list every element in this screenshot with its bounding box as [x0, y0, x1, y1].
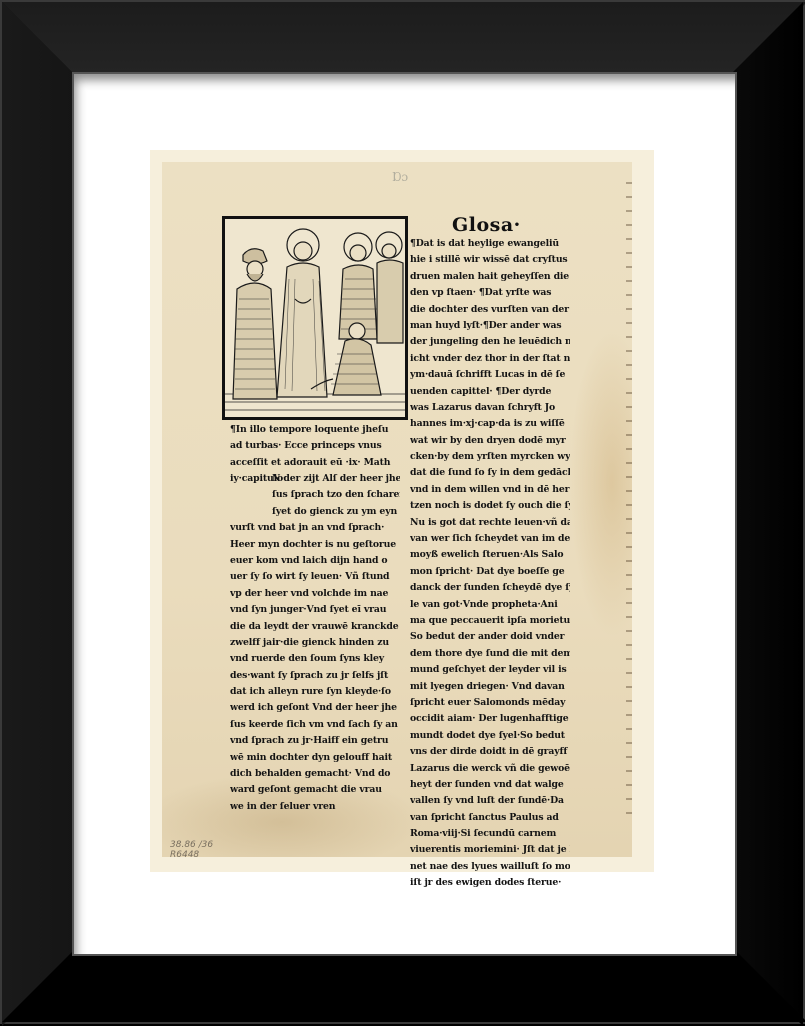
text-line: vurſt vnd bat jn an vnd ſprach·	[230, 520, 400, 536]
text-line: uer ſy ſo wirt ſy leuen· Vñ ſtund	[230, 569, 400, 585]
text-line: ſpricht euer Salomonds mēday	[410, 695, 570, 711]
text-line: mit lyegen driegen· Vnd davan	[410, 679, 570, 695]
frame-top-rail	[2, 2, 805, 74]
text-line: dich behalden gemacht· Vnd do	[230, 766, 400, 782]
text-line: heyt der ſunden vnd dat walge	[410, 777, 570, 793]
text-line: dat ich alleyn rure ſyn kleyde·ſo	[230, 684, 400, 700]
text-line: man huyd lyſt·¶Der ander was	[410, 318, 570, 334]
text-line: ſyet do gienck zu ym eyn	[230, 504, 400, 520]
text-line: viuerentis moriemini· Jſt dat je le	[410, 842, 570, 858]
woodcut-figures-icon	[225, 219, 405, 417]
text-line: mund geſchyet der leyder vil is	[410, 662, 570, 678]
text-line: N der zijt Alſ der heer jhe	[230, 471, 400, 487]
text-line: Roma·viij·Si ſecundū carnem	[410, 826, 570, 842]
glosa-column: ¶Dat is dat heylige ewangeliūhie i still…	[410, 236, 570, 892]
text-line: wat wir by den dryen dodē myr	[410, 433, 570, 449]
text-line: vnd ſyn junger·Vnd ſyet eī vrau	[230, 602, 400, 618]
text-line: icht vnder dez thor in der ſtat na	[410, 351, 570, 367]
text-line: hannes im·xj·cap·da is zu wiſſē	[410, 416, 570, 432]
text-line: ad turbas· Ecce princeps vnus	[230, 438, 400, 454]
text-line: den vp ſtaen· ¶Dat yrſte was	[410, 285, 570, 301]
text-line: vp der heer vnd volchde im nae	[230, 586, 400, 602]
text-line: cken·by dem yrſten myrcken wyr	[410, 449, 570, 465]
text-line: die da leydt der vrauwē kranckde	[230, 619, 400, 635]
catalog-line-1: 38.86 /36	[170, 840, 213, 850]
text-line: dem thore dye ſund die mit dem	[410, 646, 570, 662]
text-line: mon ſpricht· Dat dye boeſſe ge	[410, 564, 570, 580]
text-line: ſus ſprach tzo den ſcharen	[230, 487, 400, 503]
text-line: hie i stillē wir wissē dat cryſtus zu	[410, 252, 570, 268]
text-line: vnd ruerde den ſoum ſyns kley	[230, 651, 400, 667]
text-line: was Lazarus davan ſchryft Jo	[410, 400, 570, 416]
text-line: des·want ſy ſprach zu jr ſelfs jſt	[230, 668, 400, 684]
frame-left-rail	[2, 2, 74, 1024]
text-line: wē min dochter dyn gelouff hait	[230, 750, 400, 766]
text-line: Nu is got dat rechte leuen·vñ da	[410, 515, 570, 531]
catalog-line-2: R6448	[170, 850, 213, 860]
text-line: vallen ſy vnd luſt der ſundē·Da	[410, 793, 570, 809]
text-line: So bedut der ander doid vnder	[410, 629, 570, 645]
text-line: druen malen hait geheyſſen die do	[410, 269, 570, 285]
text-line: tzen noch is dodet ſy ouch die ſyel	[410, 498, 570, 514]
text-line: Heer myn dochter is nu geſtorue	[230, 537, 400, 553]
text-line: vnd in dem willen vnd in dē her	[410, 482, 570, 498]
text-line: moyß ewelich ſteruen·Als Salo	[410, 547, 570, 563]
text-line: die dochter des vurſten van der	[410, 302, 570, 318]
glosa-heading: Glosa·	[452, 214, 521, 236]
frame-right-rail	[731, 2, 803, 1024]
text-line: ma que peccauerit ipſa morietur·	[410, 613, 570, 629]
text-line: acceſſit et adorauit eū ·ix· Math	[230, 455, 400, 471]
faded-ink-mark: Ɒɔ	[392, 170, 408, 184]
text-line: danck der ſunden ſcheydē dye ſye	[410, 580, 570, 596]
text-line: vnd ſprach zu jr·Haiff ein getru	[230, 733, 400, 749]
foxing-edge	[626, 182, 632, 822]
woodcut-illustration	[222, 216, 408, 420]
text-line: werd ich geſont Vnd der heer jhe	[230, 700, 400, 716]
text-line: ¶In illo tempore loquente jheſu	[230, 422, 400, 438]
text-line: net nae des lyues wailluſt ſo mo	[410, 859, 570, 875]
frame-bottom-rail	[2, 950, 805, 1022]
text-line: van wer ſich ſcheydet van im der	[410, 531, 570, 547]
text-line: vns der dirde doidt in dē grayff	[410, 744, 570, 760]
text-line: van ſpricht ſanctus Paulus ad	[410, 810, 570, 826]
text-line: ¶Dat is dat heylige ewangeliū	[410, 236, 570, 252]
catalog-number: 38.86 /36 R6448	[170, 840, 213, 860]
text-line: le van got·Vnde propheta·Ani	[410, 597, 570, 613]
text-line: we in der ſeluer vren	[230, 799, 400, 815]
text-line: occidit aiam· Der lugenhafftige	[410, 711, 570, 727]
text-line: Lazarus die werck vñ die gewoē	[410, 761, 570, 777]
gospel-column: N der zijt Alſ der heer jheſus ſprach tz…	[230, 471, 400, 815]
text-line: ſus keerde ſich vm vnd ſach ſy an	[230, 717, 400, 733]
text-line: ward geſont gemacht die vrau	[230, 782, 400, 798]
text-line: der jungeling den he leuēdich ma	[410, 334, 570, 350]
text-line: iſt jr des ewigen dodes ſterue·	[410, 875, 570, 891]
text-line: ym·dauā ſchrifft Lucas in dē ſe	[410, 367, 570, 383]
text-line: euer kom vnd laich dijn hand o	[230, 553, 400, 569]
text-line: dat die ſund ſo ſy in dem gedāck	[410, 465, 570, 481]
text-line: mundt dodet dye ſyel·So bedut	[410, 728, 570, 744]
text-line: uenden capittel· ¶Der dyrde	[410, 384, 570, 400]
text-line: zwelff jair·die gienck hinden zu	[230, 635, 400, 651]
